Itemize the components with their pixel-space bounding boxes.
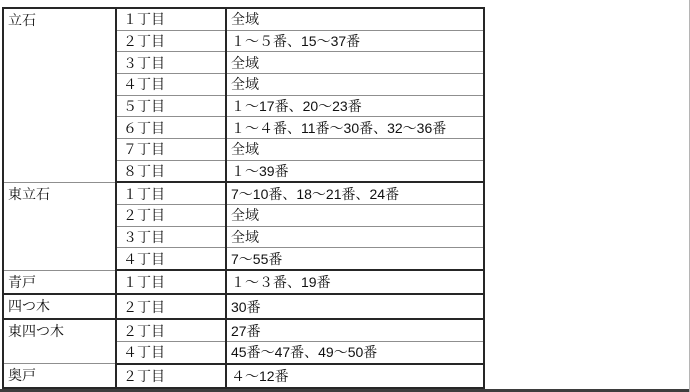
district-block-table: 立石１丁目全域２丁目１～５番、15～37番３丁目全域４丁目全域５丁目１～17番、… (2, 7, 485, 389)
table-row: 東四つ木２丁目27番 (3, 319, 484, 341)
district-cell: 奥戸 (3, 364, 116, 388)
blocks-cell: 30番 (226, 294, 484, 319)
chome-cell: ６丁目 (116, 117, 226, 139)
chome-cell: ７丁目 (116, 139, 226, 161)
district-cell: 四つ木 (3, 294, 116, 319)
chome-cell: ３丁目 (116, 52, 226, 74)
district-cell: 立石 (3, 8, 116, 182)
district-cell: 青戸 (3, 270, 116, 294)
blocks-cell: １～39番 (226, 160, 484, 182)
blocks-cell: 7～55番 (226, 248, 484, 270)
table-row: 立石１丁目全域 (3, 8, 484, 30)
chome-cell: ８丁目 (116, 160, 226, 182)
district-cell: 東四つ木 (3, 319, 116, 363)
blocks-cell: １～17番、20～23番 (226, 95, 484, 117)
chome-cell: ４丁目 (116, 341, 226, 363)
blocks-cell: 全域 (226, 8, 484, 30)
chome-cell: ２丁目 (116, 30, 226, 52)
chome-cell: ３丁目 (116, 226, 226, 248)
blocks-cell: 全域 (226, 74, 484, 96)
chome-cell: ２丁目 (116, 294, 226, 319)
blocks-cell: 全域 (226, 205, 484, 227)
chome-cell: １丁目 (116, 270, 226, 294)
chome-cell: １丁目 (116, 182, 226, 204)
blocks-cell: １～５番、15～37番 (226, 30, 484, 52)
table-row: 東立石１丁目7～10番、18～21番、24番 (3, 182, 484, 204)
blocks-cell: １～４番、11番～30番、32～36番 (226, 117, 484, 139)
table-body: 立石１丁目全域２丁目１～５番、15～37番３丁目全域４丁目全域５丁目１～17番、… (3, 8, 484, 388)
blocks-cell: 27番 (226, 319, 484, 341)
chome-cell: ２丁目 (116, 364, 226, 388)
table-row: 四つ木２丁目30番 (3, 294, 484, 319)
blocks-cell: 45番～47番、49～50番 (226, 341, 484, 363)
table-row: 奥戸２丁目４～12番 (3, 364, 484, 388)
chome-cell: ５丁目 (116, 95, 226, 117)
chome-cell: １丁目 (116, 8, 226, 30)
district-cell: 東立石 (3, 182, 116, 270)
chome-cell: ４丁目 (116, 248, 226, 270)
blocks-cell: 7～10番、18～21番、24番 (226, 182, 484, 204)
chome-cell: ４丁目 (116, 74, 226, 96)
blocks-cell: １～３番、19番 (226, 270, 484, 294)
chome-cell: ２丁目 (116, 319, 226, 341)
blocks-cell: 全域 (226, 139, 484, 161)
blocks-cell: 全域 (226, 226, 484, 248)
blocks-cell: ４～12番 (226, 364, 484, 388)
blocks-cell: 全域 (226, 52, 484, 74)
table-row: 青戸１丁目１～３番、19番 (3, 270, 484, 294)
chome-cell: ２丁目 (116, 205, 226, 227)
